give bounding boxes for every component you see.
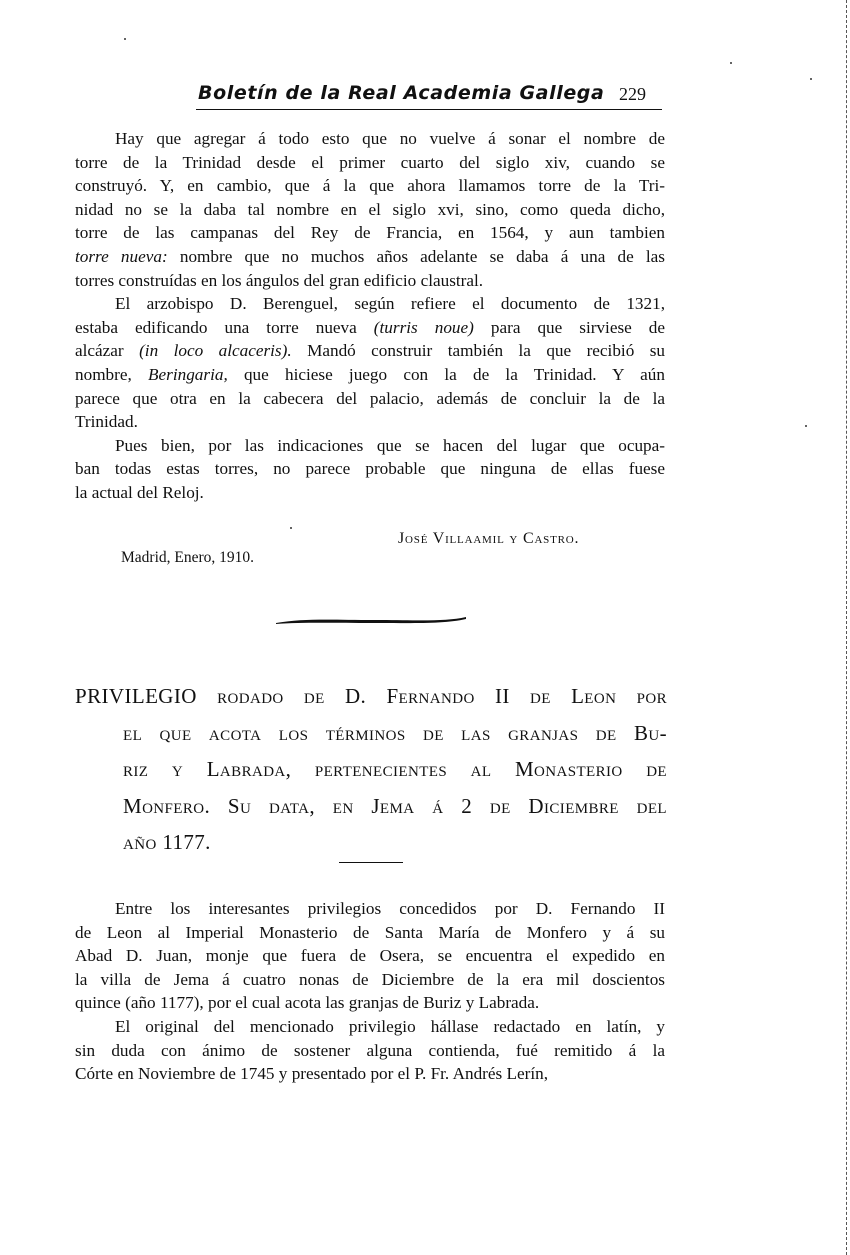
paragraph: El original del mencionado privilegio há… [75, 1015, 665, 1086]
text-line: sin duda con ánimo de sostener alguna co… [75, 1039, 665, 1063]
title-line: riz y Labrada, pertenecientes al Monaste… [75, 751, 667, 788]
title-line: Monfero. Su data, en Jema á 2 de Diciemb… [75, 788, 667, 825]
text-line: alcázar (in loco alcaceris). Mandó const… [75, 339, 665, 363]
text-line: estaba edificando una torre nueva (turri… [75, 316, 665, 340]
scan-speck [290, 527, 292, 529]
new-article-body: Entre los interesantes privilegios conce… [75, 897, 665, 1086]
italic-phrase: torre nueva: [75, 247, 168, 266]
scan-speck [124, 38, 126, 40]
text-line: Pues bien, por las indicaciones que se h… [75, 434, 665, 458]
new-article-title-lines: PRIVILEGIO rodado de D. Fernando II de L… [75, 678, 667, 861]
dateline: Madrid, Enero, 1910. [121, 549, 254, 567]
journal-title: Boletín de la Real Academia Gallega [198, 82, 604, 104]
text-line: torre nueva: nombre que no muchos años a… [75, 245, 665, 269]
text-line: ban todas estas torres, no parece probab… [75, 457, 665, 481]
new-article-title: PRIVILEGIO rodado de D. Fernando II de L… [75, 678, 667, 861]
paragraph: Hay que agregar á todo esto que no vuelv… [75, 127, 665, 292]
article-ending-body: Hay que agregar á todo esto que no vuelv… [75, 127, 665, 505]
italic-phrase: Beringaria, [148, 365, 228, 384]
title-line: año 1177. [75, 824, 667, 861]
article-ending-paragraphs: Hay que agregar á todo esto que no vuelv… [75, 127, 665, 505]
italic-phrase: (turris noue) [374, 318, 474, 337]
page-edge-dotted-line [846, 0, 847, 1255]
title-line: PRIVILEGIO rodado de D. Fernando II de L… [75, 678, 667, 715]
text-line: parece que otra en la cabecera del palac… [75, 387, 665, 411]
text-line: quince (año 1177), por el cual acota las… [75, 991, 665, 1015]
text-line: El original del mencionado privilegio há… [75, 1015, 665, 1039]
header-rule [196, 109, 662, 110]
text-line: Entre los interesantes privilegios conce… [75, 897, 665, 921]
text-line: nombre, Beringaria, que hiciese juego co… [75, 363, 665, 387]
title-line: el que acota los términos de las granjas… [75, 715, 667, 752]
text-line: Córte en Noviembre de 1745 y presentado … [75, 1062, 665, 1086]
paragraph: El arzobispo D. Berenguel, según refiere… [75, 292, 665, 434]
text-line: El arzobispo D. Berenguel, según refiere… [75, 292, 665, 316]
text-line: torre de las campanas del Rey de Francia… [75, 221, 665, 245]
ornamental-rule [274, 617, 468, 625]
scan-speck [810, 78, 812, 80]
scan-speck [805, 425, 807, 427]
text-line: Trinidad. [75, 410, 665, 434]
text-line: torres construídas en los ángulos del gr… [75, 269, 665, 293]
text-line: Hay que agregar á todo esto que no vuelv… [75, 127, 665, 151]
text-line: la villa de Jema á cuatro nonas de Dicie… [75, 968, 665, 992]
paragraph: Pues bien, por las indicaciones que se h… [75, 434, 665, 505]
text-line: de Leon al Imperial Monasterio de Santa … [75, 921, 665, 945]
italic-phrase: (in loco alcaceris). [139, 341, 292, 360]
text-line: nidad no se la daba tal nombre en el sig… [75, 198, 665, 222]
text-line: la actual del Reloj. [75, 481, 665, 505]
text-line: construyó. Y, en cambio, que á la que ah… [75, 174, 665, 198]
text-line: Abad D. Juan, monje que fuera de Osera, … [75, 944, 665, 968]
scan-speck [730, 62, 732, 64]
page-number: 229 [619, 84, 646, 105]
author-signature: José Villaamil y Castro. [398, 530, 579, 548]
paragraph: Entre los interesantes privilegios conce… [75, 897, 665, 1015]
running-head-bar: Boletín de la Real Academia Gallega 229 [196, 82, 662, 108]
title-divider-rule [339, 862, 403, 863]
text-line: torre de la Trinidad desde el primer cua… [75, 151, 665, 175]
new-article-paragraphs: Entre los interesantes privilegios conce… [75, 897, 665, 1086]
